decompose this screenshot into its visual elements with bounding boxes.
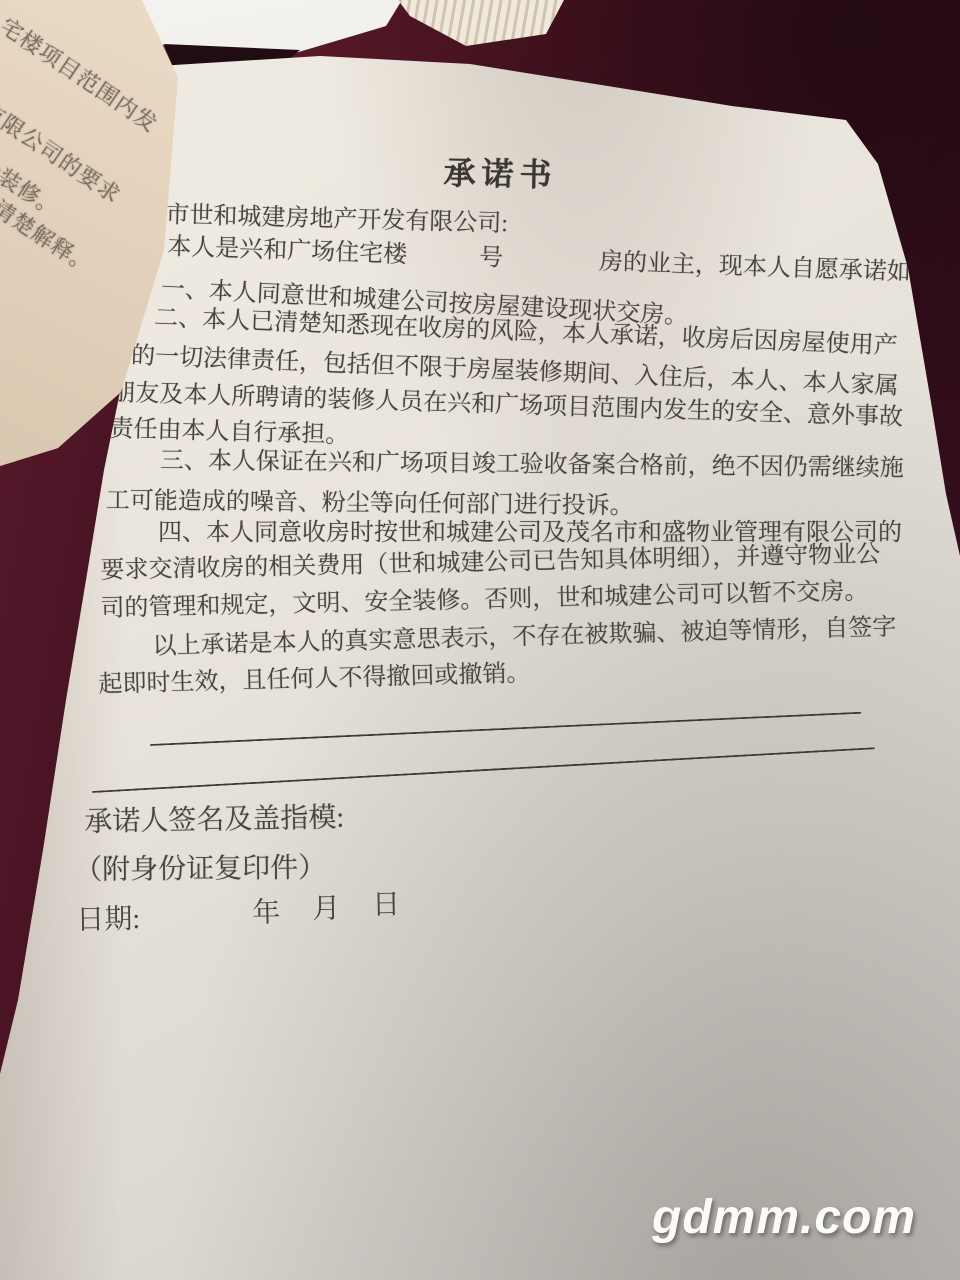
day-label: 日 [372, 882, 401, 922]
date-label: 日期: [76, 897, 140, 938]
watermark: gdmm.com [652, 1190, 916, 1245]
photo-scene: 承诺书 茂名市世和城建房地产开发有限公司: 本人是兴和广场住宅楼 号 房的业主，… [0, 0, 960, 1280]
month-label: 月 [312, 886, 341, 926]
year-label: 年 [252, 890, 281, 930]
